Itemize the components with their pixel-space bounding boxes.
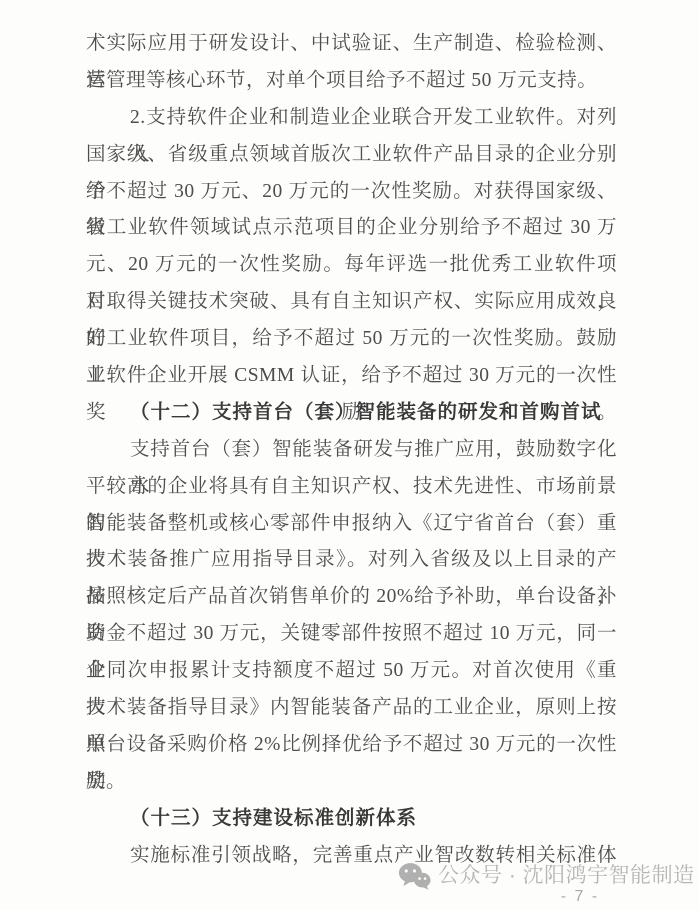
wechat-icon [398, 862, 431, 890]
page-number: - 7 - [540, 888, 620, 906]
text-line: 单台设备采购价格 2%比例择优给予不超过 30 万元的一次性奖 [86, 727, 617, 764]
text-line: 技术装备推广应用指导目录》。对列入省级及以上目录的产品， [86, 542, 617, 579]
text-line: 术实际应用于研发设计、中试验证、生产制造、检验检测、运 [86, 26, 617, 63]
wechat-watermark: 公众号 · 沈阳鸿宇智能制造 [398, 862, 695, 890]
text-line: 智能装备整机或核心零部件申报纳入《辽宁省首台（套）重大 [86, 506, 617, 543]
section-heading: （十三）支持建设标准创新体系 [86, 801, 617, 838]
text-line: 资金不超过 30 万元，关键零部件按照不超过 10 万元，同一企 [86, 616, 617, 653]
text-line: 2.支持软件企业和制造业企业联合开发工业软件。对列入 [86, 100, 617, 137]
text-line: 技术装备指导目录》内智能装备产品的工业企业，原则上按照 [86, 690, 617, 727]
text-line: 业同次申报累计支持额度不超过 50 万元。对首次使用《重大 [86, 653, 617, 690]
text-line: 国家级、省级重点领域首版次工业软件产品目录的企业分别给 [86, 137, 617, 174]
text-line: 予不超过 30 万元、20 万元的一次性奖励。对获得国家级、省 [86, 174, 617, 211]
text-line: 按照核定后产品首次销售单价的 20%给予补助，单台设备补助 [86, 579, 617, 616]
document-body: 术实际应用于研发设计、中试验证、生产制造、检验检测、运营管理等核心环节，对单个项… [86, 26, 617, 874]
text-line: 级工业软件领域试点示范项目的企业分别给予不超过 30 万 [86, 210, 617, 247]
text-line: 平较高的企业将具有自主知识产权、技术先进性、市场前景的 [86, 469, 617, 506]
text-line: 元、20 万元的一次性奖励。每年评选一批优秀工业软件项目， [86, 247, 617, 284]
document-page: 术实际应用于研发设计、中试验证、生产制造、检验检测、运营管理等核心环节，对单个项… [0, 0, 699, 910]
text-line: 支持首台（套）智能装备研发与推广应用，鼓励数字化水 [86, 432, 617, 469]
text-line: 业软件企业开展 CSMM 认证，给予不超过 30 万元的一次性奖励。 [86, 358, 617, 395]
section-heading: （十二）支持首台（套）智能装备的研发和首购首试 [86, 395, 617, 432]
text-line: 的工业软件项目，给予不超过 50 万元的一次性奖励。鼓励工 [86, 321, 617, 358]
text-line: 对取得关键技术突破、具有自主知识产权、实际应用成效良好 [86, 284, 617, 321]
watermark-text: 公众号 · 沈阳鸿宇智能制造 [438, 862, 695, 890]
text-line: 营管理等核心环节，对单个项目给予不超过 50 万元支持。 [86, 63, 617, 100]
text-line: 励。 [86, 764, 617, 801]
